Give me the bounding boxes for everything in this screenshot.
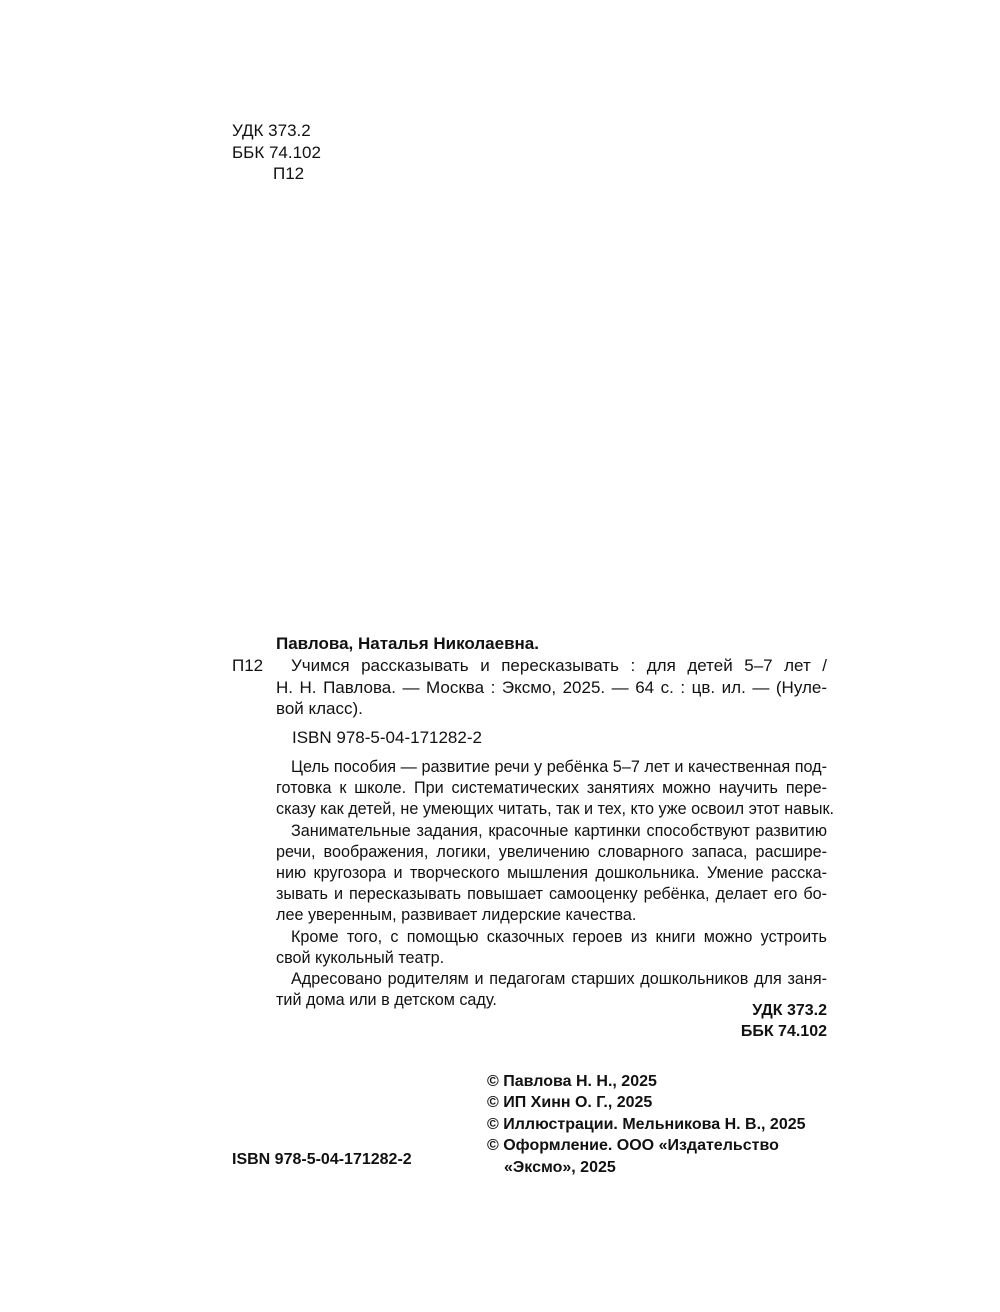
annotation-paragraph: Кроме того, с помощью сказочных героев и…	[276, 927, 827, 969]
author-heading: Павлова, Наталья Николаевна.	[276, 633, 539, 654]
copyright-line: © Оформление. ООО «Издательство	[487, 1135, 806, 1156]
annotation-line: Адресовано родителям и педагогам старших…	[276, 969, 827, 990]
biblio-line: Учимся рассказывать и пересказывать : дл…	[276, 655, 827, 677]
annotation-line: готовка к школе. При систематических зан…	[276, 778, 827, 799]
bbk-code: ББК 74.102	[232, 142, 321, 164]
bibliographic-description: Учимся рассказывать и пересказывать : дл…	[276, 655, 827, 720]
copyright-line: © ИП Хинн О. Г., 2025	[487, 1092, 806, 1113]
copyright-line: «Эксмо», 2025	[487, 1157, 806, 1178]
cutter-mark: П12	[232, 163, 321, 185]
copyright-line: © Иллюстрации. Мельникова Н. В., 2025	[487, 1114, 806, 1135]
annotation-line: Цель пособия — развитие речи у ребёнка 5…	[276, 757, 827, 778]
udk-code: УДК 373.2	[232, 120, 321, 142]
annotation-line: нию кругозора и творческого мышления дош…	[276, 863, 827, 884]
isbn: ISBN 978-5-04-171282-2	[292, 727, 482, 748]
annotation-paragraph: Цель пособия — развитие речи у ребёнка 5…	[276, 757, 827, 821]
bbk-code: ББК 74.102	[727, 1021, 827, 1042]
annotation-line: свой кукольный театр.	[276, 948, 827, 969]
classification-codes-header: УДК 373.2 ББК 74.102 П12	[232, 120, 321, 185]
udk-code: УДК 373.2	[727, 1000, 827, 1021]
isbn-footer: ISBN 978-5-04-171282-2	[232, 1149, 412, 1170]
annotation-line: лее уверенным, развивает лидерские качес…	[276, 905, 827, 926]
entry-cutter-mark: П12	[232, 655, 263, 676]
classification-codes-footer: УДК 373.2 ББК 74.102	[727, 1000, 827, 1042]
biblio-line: Н. Н. Павлова. — Москва : Эксмо, 2025. —…	[276, 677, 827, 699]
copyright-block: © Павлова Н. Н., 2025 © ИП Хинн О. Г., 2…	[487, 1071, 806, 1178]
annotation-line: Кроме того, с помощью сказочных героев и…	[276, 927, 827, 948]
biblio-line: вой класс).	[276, 698, 827, 720]
annotation-line: зывать и пересказывать повышает самооцен…	[276, 884, 827, 905]
annotation-line: сказу как детей, не умеющих читать, так …	[276, 799, 827, 820]
annotation-line: речи, воображения, логики, увеличению сл…	[276, 842, 827, 863]
annotation: Цель пособия — развитие речи у ребёнка 5…	[276, 757, 827, 1011]
annotation-paragraph: Занимательные задания, красочные картинк…	[276, 821, 827, 927]
annotation-line: Занимательные задания, красочные картинк…	[276, 821, 827, 842]
copyright-line: © Павлова Н. Н., 2025	[487, 1071, 806, 1092]
